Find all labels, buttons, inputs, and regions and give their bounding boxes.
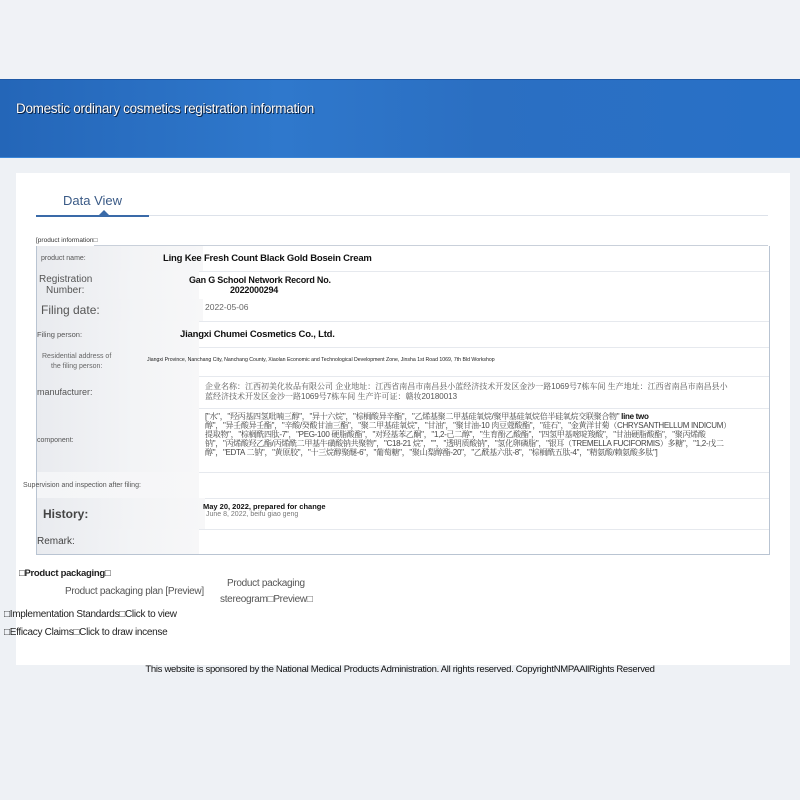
label-component: component: [37, 408, 199, 472]
label-remark: Remark: [37, 529, 199, 554]
caret-up-icon [99, 210, 109, 215]
product-packaging-heading: □Product packaging□ [19, 568, 110, 579]
label-history: History: [37, 498, 205, 529]
row-filing-date: Filing date: 2022-05-06 [37, 299, 769, 322]
row-product-name: product name: Ling Kee Fresh Count Black… [37, 246, 769, 272]
content-card: Data View [product information□ product … [16, 173, 790, 665]
page-banner: Domestic ordinary cosmetics registration… [0, 79, 800, 158]
value-history-line2: June 8, 2022, beifu giao geng [206, 511, 298, 518]
efficacy-claims-link[interactable]: □Efficacy Claims□Click to draw incense [4, 627, 167, 638]
row-registration-number: Registration Number: Gan G School Networ… [37, 271, 769, 299]
value-registration-line2: 2022000294 [230, 285, 278, 295]
value-manufacturer: 企业名称：江西初美化妆品有限公司 企业地址：江西省南昌市南昌县小蓝经济技术开发区… [205, 382, 733, 402]
value-component-prefix: ["水"，"羟丙基四氢吡喃三醇"，"异十六烷"，"棕榈酸异辛酯"，"乙烯基聚二甲… [205, 412, 619, 421]
footer-copyright: This website is sponsored by the Nationa… [0, 664, 800, 675]
row-manufacturer: manufacturer: 企业名称：江西初美化妆品有限公司 企业地址：江西省南… [37, 376, 769, 409]
value-residential-address: Jiangxi Province, Nanchang City, Nanchan… [147, 357, 495, 363]
packaging-plan-preview-link[interactable]: Product packaging plan [Preview] [65, 586, 204, 597]
value-component-suffix: line two [619, 412, 648, 421]
value-supervision [199, 472, 769, 498]
row-supervision: Supervision and inspection after filing: [37, 472, 769, 499]
label-address-line1: Residential address of [37, 353, 111, 360]
implementation-standards-link[interactable]: □Implementation Standards□Click to view [4, 609, 177, 620]
page-title: Domestic ordinary cosmetics registration… [16, 101, 314, 116]
packaging-stereogram-link-line1[interactable]: Product packaging [227, 578, 305, 589]
label-filing-date: Filing date: [37, 299, 203, 321]
row-residential-address: Residential address of the filing person… [37, 347, 769, 377]
label-filing-person: Filing person: [37, 321, 199, 347]
value-component-rest: 醇"，"异壬酸异壬酯"，"辛酸/癸酸甘油三酯"，"聚二甲基硅氧烷"，"甘油"，"… [205, 421, 731, 457]
value-registration-line1: Gan G School Network Record No. [189, 275, 331, 285]
label-supervision: Supervision and inspection after filing: [23, 482, 141, 489]
value-history-line1: May 20, 2022, prepared for change [203, 502, 326, 511]
row-remark: Remark: [37, 529, 769, 554]
value-product-name: Ling Kee Fresh Count Black Gold Bosein C… [163, 253, 372, 264]
row-filing-person: Filing person: Jiangxi Chumei Cosmetics … [37, 321, 769, 348]
tab-data-view[interactable]: Data View [63, 193, 122, 208]
row-history: History: May 20, 2022, prepared for chan… [37, 498, 769, 530]
row-component: component: ["水"，"羟丙基四氢吡喃三醇"，"异十六烷"，"棕榈酸异… [37, 408, 769, 473]
product-info-table: product name: Ling Kee Fresh Count Black… [36, 246, 770, 555]
label-address-line2: the filing person: [37, 363, 102, 370]
tab-active-underline [36, 215, 149, 217]
label-registration-line2: Number: [37, 285, 84, 296]
label-registration-line1: Registration [37, 274, 92, 285]
section-label-product-information: [product information□ [36, 237, 97, 244]
value-remark [199, 529, 769, 554]
label-manufacturer: manufacturer: [37, 376, 199, 408]
value-filing-date: 2022-05-06 [205, 302, 248, 312]
value-filing-person: Jiangxi Chumei Cosmetics Co., Ltd. [180, 329, 335, 340]
top-strip [0, 0, 800, 79]
packaging-stereogram-preview-link[interactable]: stereogram□Preview□ [220, 594, 313, 605]
